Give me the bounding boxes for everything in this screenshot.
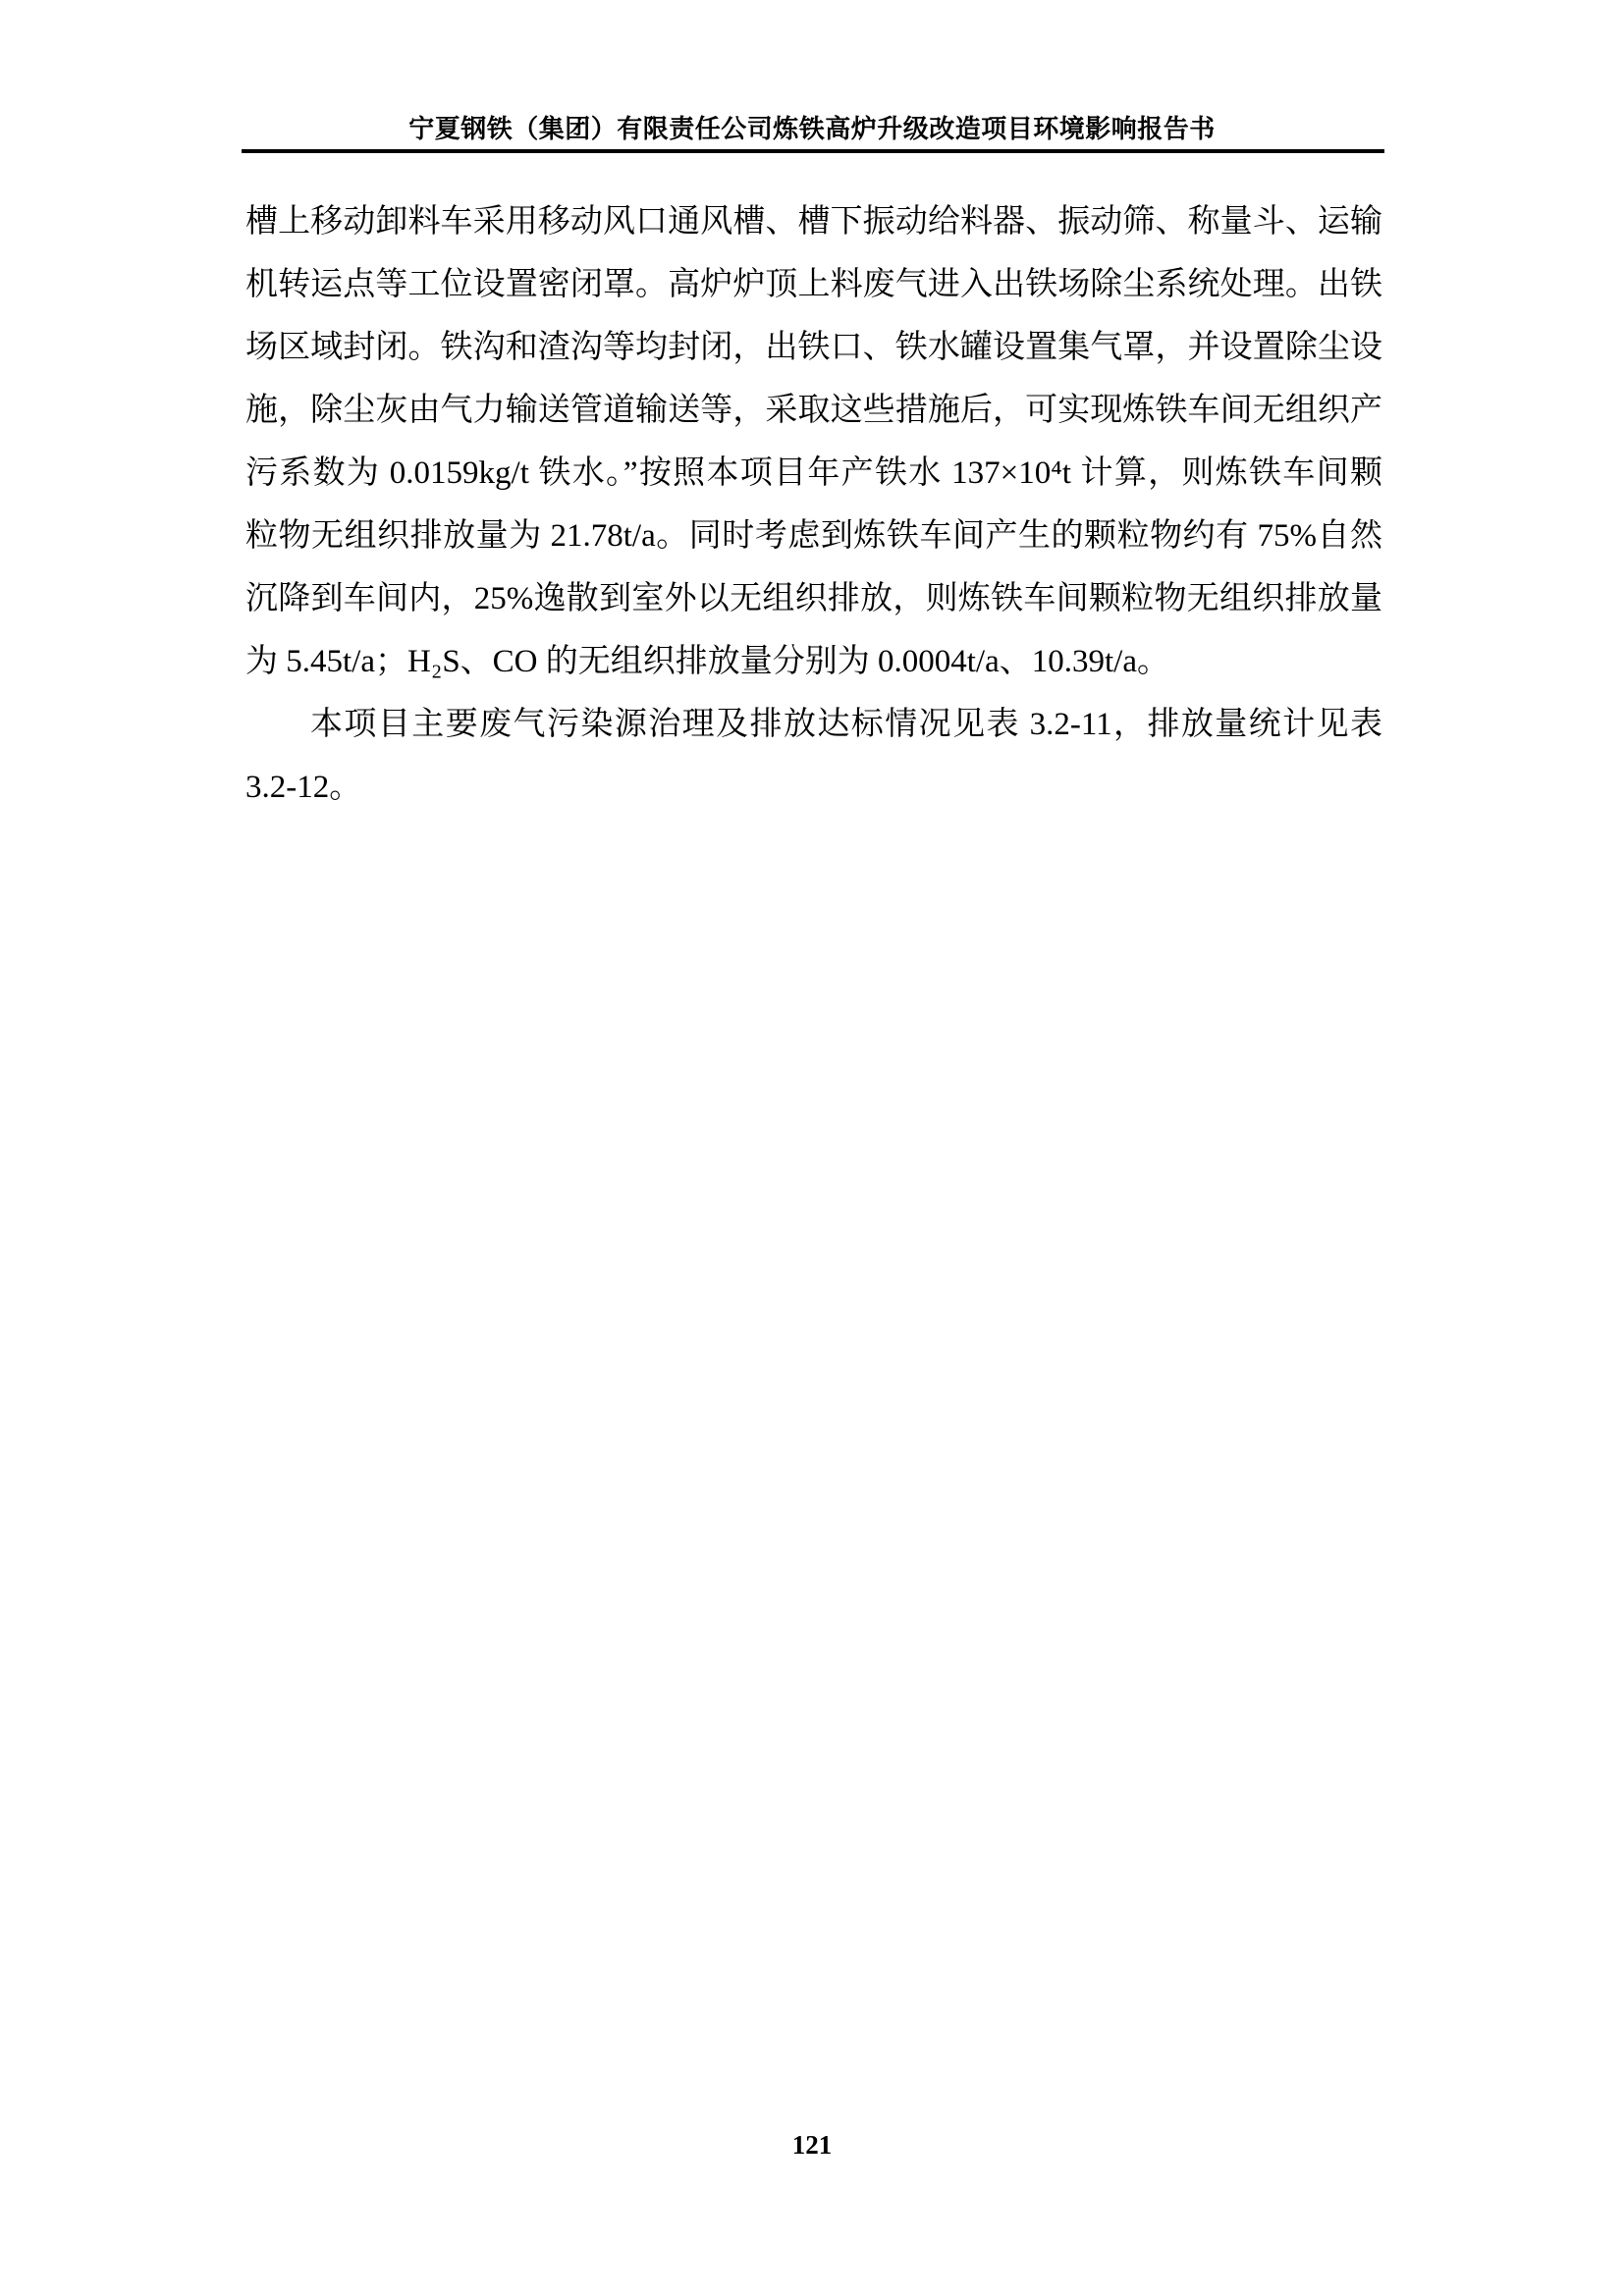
paragraph2-line-1: 本项目主要废气污染源治理及排放达标情况见表 3.2-11，排放量统计见表: [245, 693, 1382, 756]
paragraph1-line-5: 污系数为 0.0159kg/t 铁水。”按照本项目年产铁水 137×10⁴t 计…: [245, 442, 1382, 505]
body-text: 槽上移动卸料车采用移动风口通风槽、槽下振动给料器、振动筛、称量斗、运输 机转运点…: [245, 190, 1382, 819]
paragraph1-line-4: 施，除尘灰由气力输送管道输送等，采取这些措施后，可实现炼铁车间无组织产: [245, 379, 1382, 442]
header-rule: [242, 149, 1384, 153]
paragraph2-line-2: 3.2-12。: [245, 756, 1382, 819]
paragraph1-line-3: 场区域封闭。铁沟和渣沟等均封闭，出铁口、铁水罐设置集气罩，并设置除尘设: [245, 316, 1382, 379]
page-number: 121: [0, 2128, 1624, 2162]
paragraph1-line-1: 槽上移动卸料车采用移动风口通风槽、槽下振动给料器、振动筛、称量斗、运输: [245, 190, 1382, 253]
page-header-title: 宁夏钢铁（集团）有限责任公司炼铁高炉升级改造项目环境影响报告书: [0, 112, 1624, 147]
paragraph1-line-7: 沉降到车间内，25%逸散到室外以无组织排放，则炼铁车间颗粒物无组织排放量: [245, 567, 1382, 630]
paragraph1-line-2: 机转运点等工位设置密闭罩。高炉炉顶上料废气进入出铁场除尘系统处理。出铁: [245, 253, 1382, 316]
paragraph1-line-6: 粒物无组织排放量为 21.78t/a。同时考虑到炼铁车间产生的颗粒物约有 75%…: [245, 505, 1382, 567]
paragraph1-line-8: 为 5.45t/a；H₂S、CO 的无组织排放量分别为 0.0004t/a、10…: [245, 630, 1382, 693]
